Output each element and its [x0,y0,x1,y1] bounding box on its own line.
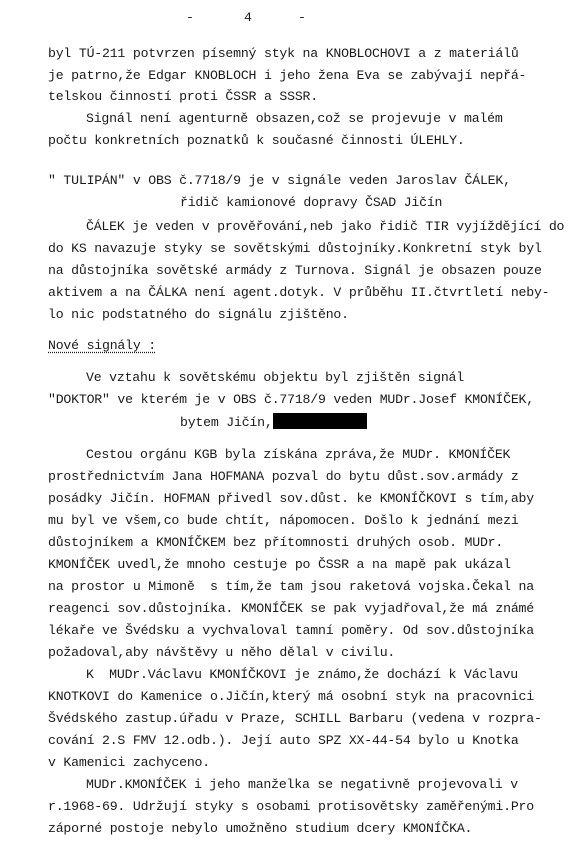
text-line: r.1968-69. Udržují styky s osobami proti… [48,799,534,815]
text-line: prostřednictvím Jana HOFMANA pozval do b… [48,469,519,485]
text-line: KNOTKOVI do Kamenice o.Jičín,který má os… [48,689,534,705]
text-line: telskou činností proti ČSSR a SSSR. [48,89,318,105]
text-line: počtu konkretních poznatků k současné či… [48,133,465,149]
signal-heading-tulipan-sub: řidič kamionové dopravy ČSAD Jičín [180,195,442,211]
text-line: Ve vztahu k sovětskému objektu byl zjišt… [86,370,464,386]
address-text: bytem Jičín, [180,415,273,430]
text-line: lo nic podstatného do signálu zjištěno. [48,307,349,323]
text-line: Cestou orgánu KGB byla získána zpráva,že… [86,447,510,463]
page-number-value: 4 [244,10,252,25]
text-line: "DOKTOR" ve kterém je v OBS č.7718/9 ved… [48,392,534,408]
text-line: cování 2.S FMV 12.odb.). Její auto SPZ X… [48,733,519,749]
text-line: aktivem a na ČÁLKA není agent.dotyk. V p… [48,285,549,301]
text-line: byl TÚ-211 potvrzen písemný styk na KNOB… [48,46,519,62]
text-line: důstojníkem a KMONÍČKEM bez přítomnosti … [48,535,503,551]
signal-heading-tulipan: " TULIPÁN" v OBS č.7718/9 je v signále v… [48,173,511,189]
text-line: ČÁLEK je veden v prověřování,neb jako ři… [86,219,564,235]
text-line: posádky Jičín. HOFMAN přivedl sov.důst. … [48,491,534,507]
text-line: do KS navazuje styky se sovětskými důsto… [48,241,542,257]
text-line-address: bytem Jičín, [180,413,367,431]
text-line: MUDr.KMONÍČEK i jeho manželka se negativ… [86,777,518,793]
text-line: je patrno,že Edgar KNOBLOCH i jeho žena … [48,68,526,84]
text-line: lékaře ve Švédsku a vychvaloval tamní po… [48,623,534,639]
redaction-bar [273,413,367,429]
text-line: na prostor u Mimoně s tím,že tam jsou ra… [48,579,534,595]
text-line: K MUDr.Václavu KMONÍČKOVI je známo,že do… [86,667,518,683]
page-number-dash-left: - [186,10,194,25]
text-line: v Kamenici zachyceno. [48,755,210,771]
text-line: reagenci sov.důstojníka. KMONÍČEK se pak… [48,601,534,617]
text-line: Signál není agenturně obsazen,což se pro… [86,111,503,127]
text-line: KMONÍČEK uvedl,že mnoho cestuje po ČSSR … [48,557,511,573]
page-number: - 4 - [0,10,578,30]
text-line: Švédského zastup.úřadu v Praze, SCHILL B… [48,711,542,727]
text-line: mu byl ve všem,co bude chtít, nápomocen.… [48,513,519,529]
section-heading-new-signals: Nové signály : [48,338,156,354]
page-number-dash-right: - [298,10,306,25]
document-page: - 4 - byl TÚ-211 potvrzen písemný styk n… [0,0,578,864]
text-line: na důstojníka sovětské armády z Turnova.… [48,263,542,279]
text-line: záporné postoje nebylo umožněno studium … [48,821,472,837]
text-line: požadoval,aby návštěvy u něho dělal v ci… [48,645,395,661]
